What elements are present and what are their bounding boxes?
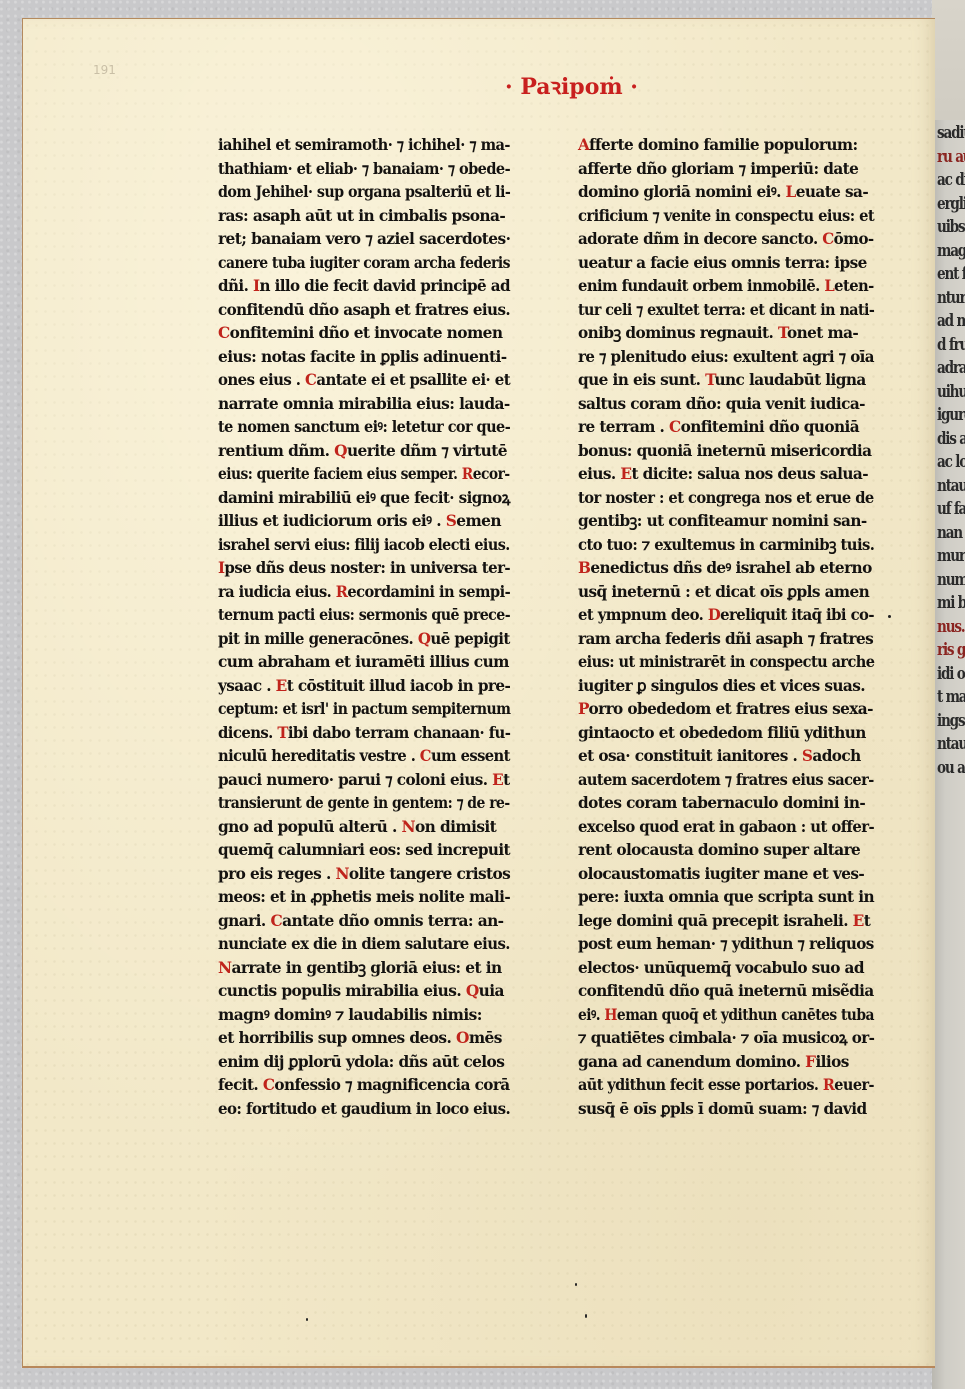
text-line: magnꝰ dominꝰ ⁊ laudabilis nimis: <box>218 1003 510 1027</box>
text-line: post eum heman· ⁊ ydithun ⁊ reliquos <box>578 932 874 956</box>
line-text: um essent <box>431 746 510 765</box>
text-line: narrate omnia mirabilia eius: lauda- <box>218 392 510 416</box>
line-text: cunctis populis mirabilia eius. <box>218 981 466 1000</box>
line-text: quemq̄ calumniari eos: sed increpuit <box>218 840 510 859</box>
line-text: et horribilis sup omnes deos. <box>218 1028 456 1047</box>
facing-page-line: uf fabu <box>937 498 959 522</box>
line-text: bonus: quoniā ineternū misericordia <box>578 441 871 460</box>
text-line: dotes coram tabernaculo domini in- <box>578 791 874 815</box>
line-text: adorate dñm in decore sancto. <box>578 229 822 248</box>
line-text: orro obededom et fratres eius sexa- <box>588 699 872 718</box>
text-line: confitendū dño asaph et fratres eius. <box>218 298 510 322</box>
line-text: ram archa federis dñi asaph ⁊ fratres <box>578 629 873 648</box>
line-text: nunciate ex die in diem salutare eius. <box>218 934 510 953</box>
text-line: ra iudicia eius. Recordamini in sempi- <box>218 580 510 604</box>
line-text: pere: iuxta omnia que scripta sunt in <box>578 887 874 906</box>
text-line: gnari. Cantate dño omnis terra: an- <box>218 909 510 933</box>
text-line: thathiam· et eliab· ⁊ banaiam· ⁊ obede- <box>218 157 510 181</box>
text-line: ram archa federis dñi asaph ⁊ fratres <box>578 627 874 651</box>
rubricated-initial: C <box>263 1075 275 1094</box>
line-text: rent olocausta domino super altare <box>578 840 860 859</box>
text-line: pro eis reges . Nolite tangere cristos <box>218 862 510 886</box>
line-text: iugiter ꝑ singulos dies et vices suas. <box>578 676 865 695</box>
text-line: aūt ydithun fecit esse portarios. Reuer- <box>578 1073 874 1097</box>
line-text: canere tuba iugiter coram archa federis <box>218 253 510 272</box>
text-line: eo: fortitudo et gaudium in loco eius. <box>218 1097 510 1121</box>
facing-page-line: igure <box>937 404 959 428</box>
text-line: damini mirabiliū eiꝰ que fecit· signoꝝ <box>218 486 510 510</box>
text-line: olocaustomatis iugiter mane et ves- <box>578 862 874 886</box>
text-line: Benedictus dñs deꝰ israhel ab eterno <box>578 556 874 580</box>
line-text: saltus coram dño: quia venit iudica- <box>578 394 865 413</box>
line-text: onfitemini dño et invocate nomen <box>230 323 503 342</box>
text-line: autem sacerdotem ⁊ fratres eius sacer- <box>578 768 874 792</box>
line-text: uē pepigit <box>430 629 509 648</box>
text-line: Porro obededom et fratres eius sexa- <box>578 697 874 721</box>
text-line: Confitemini dño et invocate nomen <box>218 321 510 345</box>
line-text: re ⁊ plenitudo eius: exultent agri ⁊ oīa <box>578 347 874 366</box>
facing-page-line: ad mag <box>937 310 959 334</box>
text-line: meos: et in ꝓphetis meis nolite mali- <box>218 885 510 909</box>
text-line: Narrate in gentibꝫ gloriā eius: et in <box>218 956 510 980</box>
line-text: uia <box>479 981 504 1000</box>
line-text: onfitemini dño quoniā <box>681 417 860 436</box>
line-text: te nomen sanctum eiꝰ: letetur cor que- <box>218 417 510 436</box>
rubricated-initial: H <box>604 1005 617 1024</box>
line-text: gnari. <box>218 911 270 930</box>
text-line: electos· unūquemq̄ vocabulo suo ad <box>578 956 874 980</box>
text-line: domino gloriā nomini eiꝰ. Leuate sa- <box>578 180 874 204</box>
rubricated-initial: Q <box>418 629 431 648</box>
text-line: tur celi ⁊ exultet terra: et dicant in n… <box>578 298 874 322</box>
text-line: cum abraham et iuramēti illius cum <box>218 650 510 674</box>
line-text: lege domini quā precepit israheli. <box>578 911 853 930</box>
line-text: eius: notas facite in ꝑplis adinuenti- <box>218 347 507 366</box>
facing-page-line: num: fi <box>937 569 959 593</box>
line-text: excelso quod erat in gabaon : ut offer- <box>578 817 874 836</box>
text-line: onibꝫ dominus regnauit. Tonet ma- <box>578 321 874 345</box>
text-column-right: Afferte domino familie populorum:afferte… <box>578 133 878 1120</box>
text-line: fecit. Confessio ⁊ magnificencia corā <box>218 1073 510 1097</box>
line-text: pse dñs deus noster: in universa ter- <box>224 558 510 577</box>
line-text: adoch <box>812 746 860 765</box>
line-text: cto tuo: ⁊ exultemus in carminibꝫ tuis. <box>578 535 874 554</box>
facing-page-line: nan ut <box>937 522 959 546</box>
text-line: dñi. In illo die fecit david principē ad <box>218 274 510 298</box>
line-text: electos· unūquemq̄ vocabulo suo ad <box>578 958 864 977</box>
line-text: enedictus dñs deꝰ israhel ab eterno <box>590 558 871 577</box>
rubricated-initial: C <box>669 417 681 436</box>
text-line: eius: querite faciem eius semper. Recor- <box>218 462 510 486</box>
text-line: susq̄ ē oīs ꝑpls ī domū suam: ⁊ david <box>578 1097 874 1121</box>
rubricated-initial: R <box>823 1075 834 1094</box>
rubricated-initial: L <box>786 182 796 201</box>
line-text: antate dño omnis terra: an- <box>282 911 503 930</box>
line-text: transierunt de gente in gentem: ⁊ de re- <box>218 793 510 812</box>
ink-speck <box>888 615 891 618</box>
rubricated-initial: C <box>270 911 282 930</box>
text-line: gana ad canendum domino. Filios <box>578 1050 874 1074</box>
line-text: thathiam· et eliab· ⁊ banaiam· ⁊ obede- <box>218 159 510 178</box>
line-text: gentibꝫ: ut confiteamur nomini san- <box>578 511 867 530</box>
line-text: ret; banaiam vero ⁊ aziel sacerdotes· <box>218 229 510 248</box>
text-line: enim dij ꝑplorū ydola: dñs aūt celos <box>218 1050 510 1074</box>
rubricated-initial: T <box>277 723 287 742</box>
line-text: dicens. <box>218 723 277 742</box>
rubricated-initial: B <box>578 558 590 577</box>
line-text: confitendū dño quā ineternū misẽdia <box>578 981 874 1000</box>
text-line: canere tuba iugiter coram archa federis <box>218 251 510 275</box>
rubricated-initial: A <box>578 135 589 154</box>
rubricated-initial: S <box>446 511 457 530</box>
text-line: ysaac . Et cōstituit illud iacob in pre- <box>218 674 510 698</box>
rubricated-initial: O <box>456 1028 469 1047</box>
rubricated-initial: N <box>401 817 414 836</box>
rubricated-initial: T <box>705 370 714 389</box>
line-text: eius. <box>578 464 620 483</box>
text-line: dom Jehihel· sup organa psalteriū et li- <box>218 180 510 204</box>
text-line: usq̄ ineternū : et dicat oīs ꝑpls amen <box>578 580 874 604</box>
rubricated-initial: R <box>336 582 348 601</box>
text-line: illius et iudiciorum oris eiꝰ . Semen <box>218 509 510 533</box>
text-line: Ipse dñs deus noster: in universa ter- <box>218 556 510 580</box>
folio-number: 191 <box>93 63 116 77</box>
line-text: niculū hereditatis vestre . <box>218 746 420 765</box>
text-line: eius. Et dicite: salua nos deus salua- <box>578 462 874 486</box>
text-line: enim fundauit orbem inmobilē. Leten- <box>578 274 874 298</box>
line-text: t cōstituit illud iacob in pre- <box>287 676 511 695</box>
facing-page-line: uibs <box>937 216 959 240</box>
line-text: fecit. <box>218 1075 263 1094</box>
line-text: ⁊ quatiētes cimbala· ⁊ oīa musicoꝝ or- <box>578 1028 874 1047</box>
line-text: euate sa- <box>796 182 868 201</box>
text-line: pere: iuxta omnia que scripta sunt in <box>578 885 874 909</box>
rubricated-initial: N <box>218 958 231 977</box>
text-line: quemq̄ calumniari eos: sed increpuit <box>218 838 510 862</box>
line-text: eius: ut ministrarēt in conspectu arche <box>578 652 874 671</box>
line-text: ras: asaph aūt ut in cimbalis psona- <box>218 206 505 225</box>
facing-page-line: ou au <box>937 757 959 781</box>
line-text: ysaac . <box>218 676 276 695</box>
line-text: usq̄ ineternū : et dicat oīs ꝑpls amen <box>578 582 869 601</box>
line-text: re terram . <box>578 417 669 436</box>
text-line: re ⁊ plenitudo eius: exultent agri ⁊ oīa <box>578 345 874 369</box>
facing-page-line: magn ad <box>937 240 959 264</box>
line-text: post eum heman· ⁊ ydithun ⁊ reliquos <box>578 934 874 953</box>
facing-page-line: ntur n <box>937 287 959 311</box>
text-line: cunctis populis mirabilia eius. Quia <box>218 979 510 1003</box>
text-line: eius: ut ministrarēt in conspectu arche <box>578 650 874 674</box>
line-text: gintaocto et obededom filiū ydithun <box>578 723 866 742</box>
text-line: ret; banaiam vero ⁊ aziel sacerdotes· <box>218 227 510 251</box>
text-line: nunciate ex die in diem salutare eius. <box>218 932 510 956</box>
facing-page-line: adrat <box>937 357 959 381</box>
line-text: susq̄ ē oīs ꝑpls ī domū suam: ⁊ david <box>578 1099 867 1118</box>
text-line: Afferte domino familie populorum: <box>578 133 874 157</box>
text-line: gentibꝫ: ut confiteamur nomini san- <box>578 509 874 533</box>
line-text: arrate in gentibꝫ gloriā eius: et in <box>231 958 501 977</box>
facing-page-line: ent fa <box>937 263 959 287</box>
line-text: gno ad populū alterū . <box>218 817 401 836</box>
facing-page-top-margin <box>932 0 965 120</box>
rubricated-initial: C <box>218 323 230 342</box>
line-text: domino gloriā nomini eiꝰ. <box>578 182 786 201</box>
text-line: eius: notas facite in ꝑplis adinuenti- <box>218 345 510 369</box>
text-line: confitendū dño quā ineternū misẽdia <box>578 979 874 1003</box>
text-line: israhel servi eius: filij iacob electi e… <box>218 533 510 557</box>
line-text: que in eis sunt. <box>578 370 705 389</box>
text-line: et horribilis sup omnes deos. Omēs <box>218 1026 510 1050</box>
facing-page-line: d fruo <box>937 334 959 358</box>
line-text: eten- <box>834 276 874 295</box>
text-line: ternum pacti eius: sermonis quē prece- <box>218 603 510 627</box>
rubricated-initial: R <box>462 464 473 483</box>
line-text: afferte dño gloriam ⁊ imperiū: date <box>578 159 858 178</box>
text-line: lege domini quā precepit israheli. Et <box>578 909 874 933</box>
line-text: on dimisit <box>415 817 496 836</box>
rubricated-initial: Q <box>334 441 347 460</box>
rubricated-initial: P <box>578 699 588 718</box>
text-line: pit in mille generacōnes. Quē pepigit <box>218 627 510 651</box>
line-text: illius et iudiciorum oris eiꝰ . <box>218 511 446 530</box>
line-text: ternum pacti eius: sermonis quē prece- <box>218 605 510 624</box>
line-text: uerite dñm ⁊ virtutē <box>347 441 507 460</box>
facing-page-line: t mauf <box>937 686 959 710</box>
text-line: tor noster : et congrega nos et erue de <box>578 486 874 510</box>
ink-speck <box>306 1318 308 1321</box>
facing-page-line: mur aid <box>937 545 959 569</box>
line-text: rentium dñm. <box>218 441 334 460</box>
line-text: enim dij ꝑplorū ydola: dñs aūt celos <box>218 1052 504 1071</box>
text-line: ceptum: et isrl' in pactum sempiternum <box>218 697 510 721</box>
text-line: et ympnum deo. Dereliquit itaq̄ ibi co- <box>578 603 874 627</box>
facing-page-line: ru aut <box>937 146 959 170</box>
line-text: damini mirabiliū eiꝰ que fecit· signoꝝ <box>218 488 510 507</box>
line-text: antate ei et psallite ei· et <box>316 370 510 389</box>
facing-page-line: idi or fa <box>937 663 959 687</box>
ink-speck <box>575 1283 577 1286</box>
ink-speck <box>585 1314 587 1318</box>
facing-page-line: uihum <box>937 381 959 405</box>
text-line: adorate dñm in decore sancto. Cōmo- <box>578 227 874 251</box>
rubricated-initial: C <box>420 746 431 765</box>
text-line: iugiter ꝑ singulos dies et vices suas. <box>578 674 874 698</box>
text-line: bonus: quoniā ineternū misericordia <box>578 439 874 463</box>
text-line: crificium ⁊ venite in conspectu eius: et <box>578 204 874 228</box>
text-line: gno ad populū alterū . Non dimisit <box>218 815 510 839</box>
line-text: ones eius . <box>218 370 305 389</box>
rubricated-initial: C <box>822 229 833 248</box>
line-text: ibi dabo terram chanaan· fu- <box>288 723 511 742</box>
text-line: gintaocto et obededom filiū ydithun <box>578 721 874 745</box>
line-text: onfessio ⁊ magnificencia corā <box>274 1075 509 1094</box>
line-text: unc laudabūt ligna <box>714 370 865 389</box>
line-text: dotes coram tabernaculo domini in- <box>578 793 865 812</box>
line-text: olite tangere cristos <box>349 864 510 883</box>
line-text: ueatur a facie eius omnis terra: ipse <box>578 253 867 272</box>
line-text: meos: et in ꝓphetis meis nolite mali- <box>218 887 510 906</box>
text-line: eiꝰ. Heman quoq̄ et ydithun canētes tuba <box>578 1003 874 1027</box>
line-text: euer- <box>834 1075 874 1094</box>
line-text: t <box>864 911 870 930</box>
text-line: ueatur a facie eius omnis terra: ipse <box>578 251 874 275</box>
rubricated-initial: D <box>708 605 720 624</box>
line-text: onet ma- <box>787 323 858 342</box>
line-text: cum abraham et iuramēti illius cum <box>218 652 509 671</box>
rubricated-initial: N <box>335 864 348 883</box>
line-text: eman quoq̄ et ydithun canētes tuba <box>617 1005 874 1024</box>
facing-page-line: ac loca <box>937 451 959 475</box>
line-text: t <box>503 770 509 789</box>
line-text: ceptum: et isrl' in pactum sempiternum <box>218 699 510 718</box>
line-text: autem sacerdotem ⁊ fratres eius sacer- <box>578 770 874 789</box>
facing-page-line: ntaur <box>937 475 959 499</box>
text-line: iahihel et semiramoth· ⁊ ichihel· ⁊ ma- <box>218 133 510 157</box>
rubricated-initial: F <box>805 1052 815 1071</box>
text-line: transierunt de gente in gentem: ⁊ de re- <box>218 791 510 815</box>
line-text: ilios <box>815 1052 848 1071</box>
line-text: pauci numero· parui ⁊ coloni eius. <box>218 770 492 789</box>
line-text: pit in mille generacōnes. <box>218 629 418 648</box>
text-column-left: iahihel et semiramoth· ⁊ ichihel· ⁊ ma-t… <box>218 133 512 1120</box>
rubricated-initial: E <box>276 676 287 695</box>
line-text: tur celi ⁊ exultet terra: et dicant in n… <box>578 300 874 319</box>
line-text: eiꝰ. <box>578 1005 604 1024</box>
line-text: gana ad canendum domino. <box>578 1052 805 1071</box>
line-text: eius: querite faciem eius semper. <box>218 464 462 483</box>
line-text: ra iudicia eius. <box>218 582 336 601</box>
running-head-title: · Paꝛipoṁ · <box>505 71 638 101</box>
line-text: emen <box>456 511 501 530</box>
line-text: mēs <box>469 1028 502 1047</box>
line-text: magnꝰ dominꝰ ⁊ laudabilis nimis: <box>218 1005 482 1024</box>
text-line: re terram . Confitemini dño quoniā <box>578 415 874 439</box>
facing-page-line: erglia <box>937 193 959 217</box>
facing-page-line: dis ad <box>937 428 959 452</box>
facing-page-text-strip: sadiuiteru autac dieergliauibsmagn adent… <box>937 122 965 1122</box>
rubricated-initial: E <box>620 464 631 483</box>
line-text: fferte domino familie populorum: <box>589 135 858 154</box>
text-line: te nomen sanctum eiꝰ: letetur cor que- <box>218 415 510 439</box>
text-line: que in eis sunt. Tunc laudabūt ligna <box>578 368 874 392</box>
text-line: et osa· constituit ianitores . Sadoch <box>578 744 874 768</box>
line-text: ecordamini in sempi- <box>347 582 510 601</box>
line-text: ecor- <box>473 464 510 483</box>
text-line: ones eius . Cantate ei et psallite ei· e… <box>218 368 510 392</box>
line-text: confitendū dño asaph et fratres eius. <box>218 300 510 319</box>
facing-page-line: mi brau <box>937 592 959 616</box>
text-line: rentium dñm. Querite dñm ⁊ virtutē <box>218 439 510 463</box>
facing-page-line: ac die <box>937 169 959 193</box>
line-text: et osa· constituit ianitores . <box>578 746 802 765</box>
rubricated-initial: C <box>305 370 316 389</box>
line-text: onibꝫ dominus regnauit. <box>578 323 778 342</box>
text-line: saltus coram dño: quia venit iudica- <box>578 392 874 416</box>
line-text: iahihel et semiramoth· ⁊ ichihel· ⁊ ma- <box>218 135 510 154</box>
text-line: excelso quod erat in gabaon : ut offer- <box>578 815 874 839</box>
line-text: n illo die fecit david principē ad <box>259 276 510 295</box>
rubricated-initial: Q <box>466 981 479 1000</box>
line-text: dom Jehihel· sup organa psalteriū et li- <box>218 182 510 201</box>
text-line: cto tuo: ⁊ exultemus in carminibꝫ tuis. <box>578 533 874 557</box>
text-line: dicens. Tibi dabo terram chanaan· fu- <box>218 721 510 745</box>
line-text: israhel servi eius: filij iacob electi e… <box>218 535 510 554</box>
rubricated-initial: S <box>802 746 812 765</box>
line-text: t dicite: salua nos deus salua- <box>631 464 868 483</box>
text-line: ⁊ quatiētes cimbala· ⁊ oīa musicoꝝ or- <box>578 1026 874 1050</box>
text-line: niculū hereditatis vestre . Cum essent <box>218 744 510 768</box>
line-text: eo: fortitudo et gaudium in loco eius. <box>218 1099 510 1118</box>
text-line: pauci numero· parui ⁊ coloni eius. Et <box>218 768 510 792</box>
facing-page-line: nus. Eg <box>937 616 959 640</box>
facing-page-line: ntaur <box>937 733 959 757</box>
text-line: afferte dño gloriam ⁊ imperiū: date <box>578 157 874 181</box>
rubricated-initial: T <box>778 323 787 342</box>
line-text: olocaustomatis iugiter mane et ves- <box>578 864 864 883</box>
line-text: tor noster : et congrega nos et erue de <box>578 488 874 507</box>
line-text: crificium ⁊ venite in conspectu eius: et <box>578 206 874 225</box>
line-text: narrate omnia mirabilia eius: lauda- <box>218 394 510 413</box>
line-text: pro eis reges . <box>218 864 335 883</box>
rubricated-initial: E <box>853 911 864 930</box>
line-text: enim fundauit orbem inmobilē. <box>578 276 824 295</box>
text-line: ras: asaph aūt ut in cimbalis psona- <box>218 204 510 228</box>
line-text: et ympnum deo. <box>578 605 708 624</box>
line-text: aūt ydithun fecit esse portarios. <box>578 1075 823 1094</box>
rubricated-initial: E <box>492 770 503 789</box>
facing-page-line: sadiuite <box>937 122 959 146</box>
text-line: rent olocausta domino super altare <box>578 838 874 862</box>
line-text: dñi. <box>218 276 253 295</box>
line-text: ereliquit itaq̄ ibi co- <box>720 605 874 624</box>
facing-page-line: ris gug <box>937 639 959 663</box>
facing-page-line: ings a <box>937 710 959 734</box>
line-text: ōmo- <box>834 229 874 248</box>
rubricated-initial: L <box>824 276 834 295</box>
